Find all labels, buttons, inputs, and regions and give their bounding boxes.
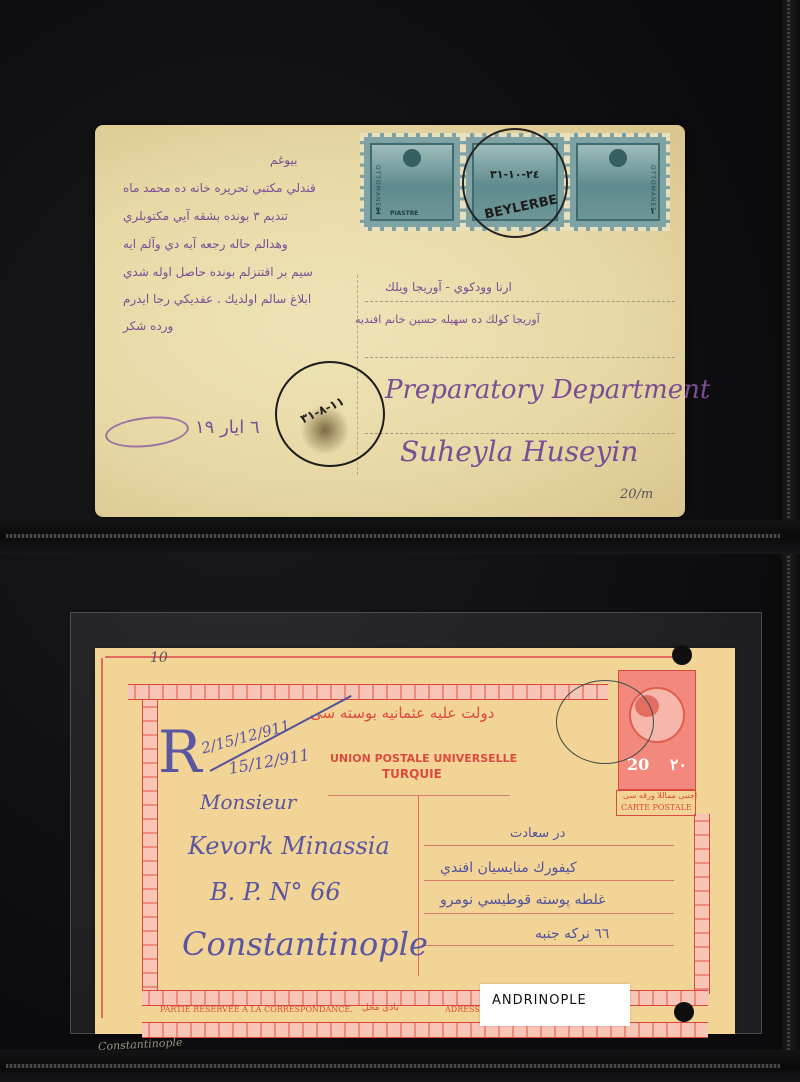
- message-line: ابلاغ سالم اولديك . عفديكي رجا ايدرم: [123, 292, 311, 306]
- message-line: قندلي مكتبي تحريره خانه ده محمد ماه: [123, 181, 316, 195]
- message-line: بيوغم: [270, 153, 297, 167]
- stamp-1-piastre: OTTOMANES ١: [566, 133, 670, 231]
- stamp-1-piastre: OTTOMANES 1 PIASTRE: [360, 133, 464, 231]
- ornament-border-top: [128, 684, 608, 700]
- crest-icon: [403, 149, 421, 167]
- address-latin-line: Monsieur: [200, 790, 296, 814]
- signature-date: ٦ ايار ١٩: [195, 417, 260, 438]
- address-line: [365, 301, 675, 302]
- address-arabic-line: آوريجا كولك ده سهيله حسين خانم افنديه: [355, 313, 540, 326]
- album-page: بيوغم قندلي مكتبي تحريره خانه ده محمد ما…: [0, 0, 800, 1082]
- price-note: 20/m: [620, 487, 653, 502]
- postmark-beylerbe: BEYLERBE ٢٤-١٠-٣١: [462, 128, 568, 238]
- footer-arabic: بادى محل: [362, 1003, 399, 1013]
- address-latin-line: Suheyla Huseyin: [400, 435, 638, 468]
- ornament-border-right: [694, 814, 710, 994]
- sleeve-divider: [0, 520, 800, 554]
- address-arabic-line: غلطه پوسته قوطيسي نومرو: [440, 892, 605, 908]
- address-arabic-line: در سعادت: [510, 826, 565, 841]
- corner-note: 10: [150, 650, 168, 666]
- message-line: تنديم ٣ بونده بشقه آيي مكتوبلري: [123, 209, 288, 223]
- crest-icon: [609, 149, 627, 167]
- sleeve-divider: [0, 1050, 800, 1082]
- address-latin-line: B. P. N° 66: [210, 878, 341, 906]
- header-turquie: TURQUIE: [382, 767, 442, 781]
- stain: [300, 405, 350, 455]
- address-line: [365, 357, 675, 358]
- address-latin-line: Preparatory Department: [385, 375, 710, 405]
- address-line: [365, 433, 675, 434]
- message-line: ورده شكر: [123, 319, 173, 333]
- address-arabic-line: ارنا وودكوي - آوريجا ويلك: [385, 280, 512, 294]
- address-arabic-line: ٦٦ نركه جنبه: [535, 926, 609, 942]
- registration-mark: R: [158, 718, 202, 786]
- address-latin-line: Kevork Minassia: [188, 832, 390, 860]
- carte-postale-box: اجنبى مماللا ورقه سى CARTE POSTALE: [616, 790, 696, 816]
- location-label: ANDRINOPLE: [480, 984, 630, 1026]
- header-upu: UNION POSTALE UNIVERSELLE: [330, 752, 517, 765]
- postmark-adrianople: [556, 680, 654, 764]
- header-arabic: دولت عليه عثمانيه بوسته سى: [310, 704, 494, 722]
- footer-correspondence: PARTIE RÉSERVÉE A LA CORRESPONDANCE.: [160, 1005, 353, 1014]
- message-line: وهدالم حاله رجعه آيه دي وآلم ايه: [123, 237, 288, 251]
- message-line: سيم بر اقتنزلم بونده حاصل اوله شدي: [123, 265, 313, 279]
- address-latin-line: Constantinople: [182, 925, 428, 963]
- punch-hole: [674, 1002, 694, 1022]
- address-arabic-line: كيفورك منايسيان افندي: [440, 860, 577, 876]
- signature-scribble: [104, 413, 191, 452]
- punch-hole: [672, 645, 692, 665]
- ornament-border-left: [142, 700, 158, 1000]
